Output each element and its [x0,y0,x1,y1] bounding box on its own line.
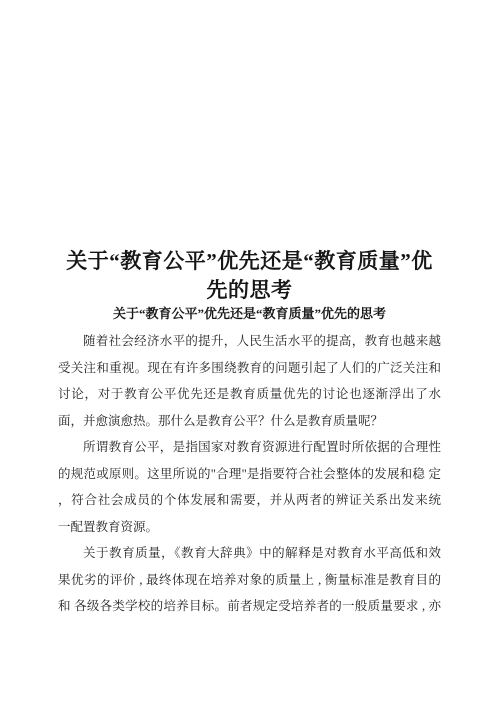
body-text-line: 所谓教育公平，是指国家对教育资源进行配置时所依据的合理性 [58,434,441,461]
paragraph-2: 所谓教育公平，是指国家对教育资源进行配置时所依据的合理性 的规范或原则。这里所说… [58,434,441,540]
body-text-line: 受关注和重视。现在有许多围绕教育的问题引起了人们的广泛关注和 [58,355,441,382]
body-text-line: 和 各级各类学校的培养目标。前者规定受培养者的一般质量要求 , 亦 [58,593,441,620]
document-subtitle: 关于“教育公平”优先还是“教育质量”优先的思考 [58,306,441,322]
paragraph-3: 关于教育质量，《教育大辞典》中的解释是对教育水平高低和效 果优劣的评价 , 最终… [58,540,441,620]
document-content: 关于“教育公平”优先还是“教育质量”优 先的思考 关于“教育公平”优先还是“教育… [58,0,441,620]
document-page: 关于“教育公平”优先还是“教育质量”优 先的思考 关于“教育公平”优先还是“教育… [0,0,500,707]
body-text-line: 随着社会经济水平的提升，人民生活水平的提高，教育也越来越 [58,328,441,355]
body-text-line: 面，并愈演愈热。那什么是教育公平？什么是教育质量呢？ [58,408,441,435]
body-text-line: ，符合社会成员的个体发展和需要，并从两者的辨证关系出发来统 [58,487,441,514]
document-body: 随着社会经济水平的提升，人民生活水平的提高，教育也越来越 受关注和重视。现在有许… [58,328,441,620]
body-text-line: 果优劣的评价 , 最终体现在培养对象的质量上 , 衡量标准是教育目的 [58,567,441,594]
body-text-line: 关于教育质量，《教育大辞典》中的解释是对教育水平高低和效 [58,540,441,567]
paragraph-1: 随着社会经济水平的提升，人民生活水平的提高，教育也越来越 受关注和重视。现在有许… [58,328,441,434]
body-text-line: 的规范或原则。这里所说的"合理"是指要符合社会整体的发展和稳 定 [58,461,441,488]
document-title: 关于“教育公平”优先还是“教育质量”优 先的思考 [58,247,441,305]
body-text-line: 一配置教育资源。 [58,514,441,541]
title-line-2: 先的思考 [58,276,441,305]
title-line-1: 关于“教育公平”优先还是“教育质量”优 [58,247,441,276]
body-text-line: 讨论，对于教育公平优先还是教育质量优先的讨论也逐渐浮出了水 [58,381,441,408]
